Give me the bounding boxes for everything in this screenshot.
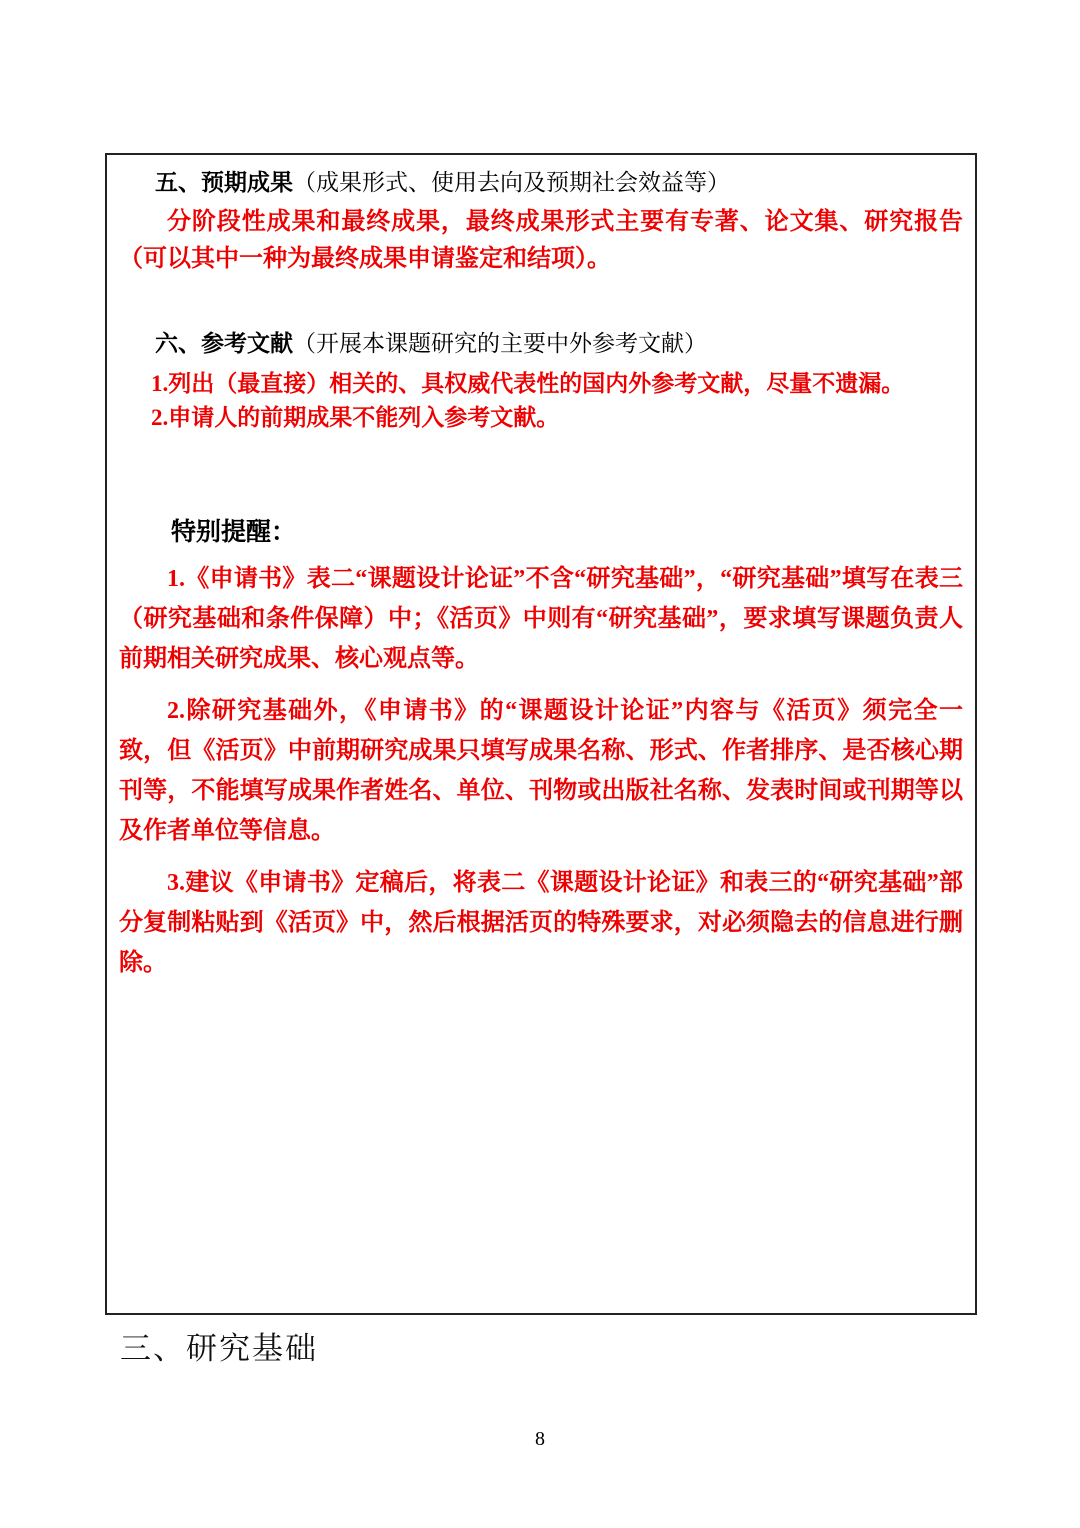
section5-body-text: 分阶段性成果和最终成果，最终成果形式主要有专著、论文集、研究报告（可以其中一种为… xyxy=(119,204,963,278)
section6-subtitle: （开展本课题研究的主要中外参考文献） xyxy=(293,331,707,356)
form-border-box: 五、预期成果（成果形式、使用去向及预期社会效益等） 分阶段性成果和最终成果，最终… xyxy=(105,153,977,1315)
section3-heading: 三、研究基础 xyxy=(120,1323,318,1368)
section5-title: 五、预期成果 xyxy=(155,170,293,195)
reminder-paragraph-2: 2.除研究基础外，《申请书》的“课题设计论证”内容与《活页》须完全一致，但《活页… xyxy=(119,691,963,851)
page-number: 8 xyxy=(0,1428,1080,1451)
reminder-paragraph-1: 1.《申请书》表二“课题设计论证”不含“研究基础”，“研究基础”填写在表三（研究… xyxy=(119,559,963,679)
reference-note-2: 2.申请人的前期成果不能列入参考文献。 xyxy=(119,401,963,435)
reference-note-1: 1.列出（最直接）相关的、具权威代表性的国内外参考文献，尽量不遗漏。 xyxy=(119,367,963,401)
section5-subtitle: （成果形式、使用去向及预期社会效益等） xyxy=(293,170,730,195)
reminder-title: 特别提醒： xyxy=(119,517,963,547)
document-page: 五、预期成果（成果形式、使用去向及预期社会效益等） 分阶段性成果和最终成果，最终… xyxy=(0,0,1080,1528)
section6-heading: 六、参考文献（开展本课题研究的主要中外参考文献） xyxy=(119,328,963,360)
section6-title: 六、参考文献 xyxy=(155,331,293,356)
reminder-paragraph-3: 3.建议《申请书》定稿后，将表二《课题设计论证》和表三的“研究基础”部分复制粘贴… xyxy=(119,863,963,983)
section5-heading: 五、预期成果（成果形式、使用去向及预期社会效益等） xyxy=(119,167,963,199)
